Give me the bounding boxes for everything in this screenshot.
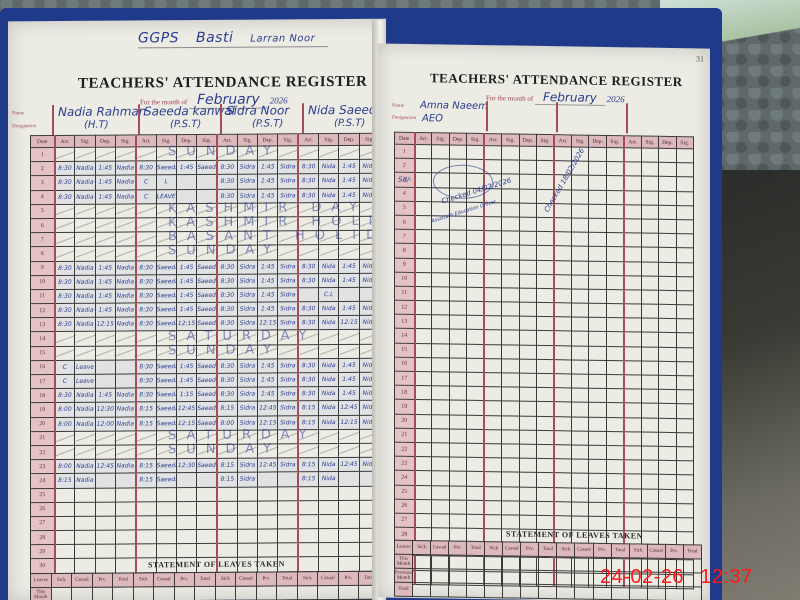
attendance-cell[interactable] xyxy=(432,428,449,442)
attendance-cell[interactable] xyxy=(467,216,484,230)
leaves-cell[interactable] xyxy=(133,587,154,600)
attendance-cell[interactable] xyxy=(554,473,571,487)
attendance-cell[interactable] xyxy=(217,487,237,501)
attendance-cell[interactable]: 8:30 xyxy=(298,160,318,174)
attendance-cell[interactable]: 1:45 xyxy=(258,359,278,373)
attendance-cell[interactable] xyxy=(659,404,676,418)
attendance-cell[interactable]: Sidra xyxy=(278,259,298,273)
leaves-cell[interactable] xyxy=(467,583,485,597)
attendance-cell[interactable] xyxy=(554,359,571,373)
attendance-cell[interactable] xyxy=(554,402,571,416)
attendance-cell[interactable]: Sidra xyxy=(278,273,298,287)
attendance-cell[interactable] xyxy=(95,147,115,161)
attendance-cell[interactable] xyxy=(554,317,571,331)
attendance-cell[interactable] xyxy=(55,147,75,161)
attendance-cell[interactable] xyxy=(624,275,641,289)
attendance-cell[interactable] xyxy=(589,317,606,331)
attendance-cell[interactable] xyxy=(571,516,588,530)
attendance-cell[interactable] xyxy=(641,474,658,488)
attendance-cell[interactable]: 12:15 xyxy=(339,415,359,429)
attendance-cell[interactable]: 8:30 xyxy=(55,176,75,190)
attendance-cell[interactable]: Nadia xyxy=(115,275,135,289)
attendance-cell[interactable]: 8:15 xyxy=(298,401,318,415)
attendance-cell[interactable] xyxy=(467,500,484,514)
attendance-cell[interactable] xyxy=(449,514,466,528)
attendance-cell[interactable] xyxy=(571,204,588,218)
attendance-cell[interactable] xyxy=(502,302,519,316)
attendance-cell[interactable] xyxy=(606,488,623,502)
attendance-cell[interactable] xyxy=(554,274,571,288)
attendance-cell[interactable] xyxy=(659,460,676,474)
attendance-cell[interactable] xyxy=(449,386,466,400)
attendance-cell[interactable]: Nadia xyxy=(75,474,95,488)
attendance-cell[interactable] xyxy=(339,287,359,301)
attendance-cell[interactable] xyxy=(95,246,115,260)
attendance-cell[interactable] xyxy=(136,331,156,345)
attendance-cell[interactable] xyxy=(502,359,519,373)
attendance-cell[interactable] xyxy=(641,403,658,417)
attendance-cell[interactable] xyxy=(115,204,135,218)
attendance-cell[interactable] xyxy=(467,301,484,315)
attendance-cell[interactable]: Nida xyxy=(319,358,339,372)
attendance-cell[interactable] xyxy=(624,247,641,261)
attendance-cell[interactable] xyxy=(415,329,432,343)
attendance-cell[interactable] xyxy=(449,244,466,258)
attendance-cell[interactable] xyxy=(319,514,339,528)
attendance-cell[interactable] xyxy=(484,486,501,500)
attendance-cell[interactable] xyxy=(537,246,554,260)
leaves-cell[interactable] xyxy=(195,586,216,600)
attendance-cell[interactable] xyxy=(589,204,606,218)
attendance-cell[interactable] xyxy=(432,230,449,244)
attendance-cell[interactable] xyxy=(319,245,339,259)
attendance-cell[interactable] xyxy=(624,290,641,304)
attendance-cell[interactable] xyxy=(115,360,135,374)
attendance-cell[interactable] xyxy=(75,346,95,360)
attendance-cell[interactable] xyxy=(75,147,95,161)
attendance-cell[interactable]: 1:45 xyxy=(176,359,196,373)
attendance-cell[interactable] xyxy=(554,445,571,459)
attendance-cell[interactable] xyxy=(298,344,318,358)
attendance-cell[interactable] xyxy=(571,459,588,473)
attendance-cell[interactable]: Nadia xyxy=(75,289,95,303)
attendance-cell[interactable] xyxy=(319,344,339,358)
attendance-cell[interactable]: Nadia xyxy=(75,303,95,317)
attendance-cell[interactable] xyxy=(258,529,278,543)
attendance-cell[interactable] xyxy=(606,374,623,388)
attendance-cell[interactable] xyxy=(624,148,641,162)
attendance-cell[interactable]: Nida xyxy=(319,401,339,415)
attendance-cell[interactable] xyxy=(484,146,501,160)
attendance-cell[interactable]: Saeeda xyxy=(156,459,176,473)
attendance-cell[interactable]: Nadia xyxy=(115,459,135,473)
attendance-cell[interactable] xyxy=(467,401,484,415)
attendance-cell[interactable]: Saeeda xyxy=(156,289,176,303)
attendance-cell[interactable]: 12:30 xyxy=(95,402,115,416)
attendance-cell[interactable] xyxy=(537,232,554,246)
attendance-cell[interactable]: Saeeda xyxy=(156,388,176,402)
attendance-cell[interactable] xyxy=(95,346,115,360)
attendance-cell[interactable] xyxy=(606,190,623,204)
attendance-cell[interactable]: C xyxy=(136,189,156,203)
attendance-cell[interactable] xyxy=(641,361,658,375)
attendance-cell[interactable] xyxy=(537,459,554,473)
attendance-cell[interactable] xyxy=(624,389,641,403)
leaves-cell[interactable] xyxy=(557,557,575,571)
leaves-cell[interactable] xyxy=(557,585,575,599)
leaves-cell[interactable] xyxy=(467,555,485,569)
attendance-cell[interactable] xyxy=(432,443,449,457)
attendance-cell[interactable] xyxy=(537,416,554,430)
attendance-cell[interactable] xyxy=(484,472,501,486)
attendance-cell[interactable]: C.L xyxy=(319,287,339,301)
attendance-cell[interactable] xyxy=(75,247,95,261)
attendance-cell[interactable] xyxy=(641,318,658,332)
attendance-cell[interactable] xyxy=(624,375,641,389)
attendance-cell[interactable]: Nadia xyxy=(75,261,95,275)
attendance-cell[interactable] xyxy=(258,486,278,500)
attendance-cell[interactable] xyxy=(571,232,588,246)
attendance-cell[interactable]: 1:45 xyxy=(95,261,115,275)
attendance-cell[interactable] xyxy=(554,516,571,530)
attendance-cell[interactable] xyxy=(55,502,75,516)
attendance-cell[interactable] xyxy=(502,259,519,273)
attendance-cell[interactable] xyxy=(554,289,571,303)
attendance-cell[interactable]: Nadia xyxy=(75,161,95,175)
attendance-cell[interactable]: Nadia xyxy=(75,459,95,473)
attendance-cell[interactable] xyxy=(589,445,606,459)
attendance-cell[interactable] xyxy=(298,146,318,160)
attendance-cell[interactable] xyxy=(278,529,298,543)
leaves-cell[interactable] xyxy=(431,555,449,569)
attendance-cell[interactable]: 1:45 xyxy=(95,303,115,317)
attendance-cell[interactable]: 1:45 xyxy=(95,190,115,204)
attendance-cell[interactable] xyxy=(519,189,536,203)
attendance-cell[interactable] xyxy=(676,333,693,347)
attendance-cell[interactable] xyxy=(659,361,676,375)
attendance-cell[interactable] xyxy=(624,162,641,176)
attendance-cell[interactable] xyxy=(467,358,484,372)
attendance-cell[interactable] xyxy=(519,316,536,330)
attendance-cell[interactable] xyxy=(484,401,501,415)
attendance-cell[interactable] xyxy=(537,402,554,416)
attendance-cell[interactable] xyxy=(624,432,641,446)
attendance-cell[interactable] xyxy=(606,502,623,516)
attendance-cell[interactable]: Nida xyxy=(319,316,339,330)
attendance-cell[interactable] xyxy=(484,316,501,330)
leaves-cell[interactable] xyxy=(575,585,593,599)
attendance-cell[interactable] xyxy=(659,205,676,219)
attendance-cell[interactable]: 8:30 xyxy=(298,259,318,273)
attendance-cell[interactable] xyxy=(156,530,176,544)
attendance-cell[interactable] xyxy=(278,486,298,500)
attendance-cell[interactable]: Nadia xyxy=(115,303,135,317)
attendance-cell[interactable] xyxy=(589,502,606,516)
attendance-cell[interactable] xyxy=(237,529,257,543)
attendance-cell[interactable] xyxy=(415,513,432,527)
attendance-cell[interactable] xyxy=(115,218,135,232)
attendance-cell[interactable] xyxy=(55,204,75,218)
attendance-cell[interactable] xyxy=(676,177,693,191)
attendance-cell[interactable] xyxy=(55,545,75,559)
attendance-cell[interactable] xyxy=(467,145,484,159)
attendance-cell[interactable] xyxy=(606,218,623,232)
attendance-cell[interactable] xyxy=(659,233,676,247)
attendance-cell[interactable] xyxy=(415,386,432,400)
attendance-cell[interactable] xyxy=(95,360,115,374)
attendance-cell[interactable] xyxy=(432,301,449,315)
leaves-cell[interactable] xyxy=(174,587,195,600)
attendance-cell[interactable] xyxy=(467,514,484,528)
attendance-cell[interactable] xyxy=(415,286,432,300)
attendance-cell[interactable]: 8:30 xyxy=(136,289,156,303)
attendance-cell[interactable] xyxy=(589,289,606,303)
attendance-cell[interactable] xyxy=(467,386,484,400)
attendance-cell[interactable]: 8:30 xyxy=(298,387,318,401)
leaves-cell[interactable] xyxy=(318,586,339,600)
attendance-cell[interactable] xyxy=(571,317,588,331)
attendance-cell[interactable] xyxy=(484,415,501,429)
attendance-cell[interactable] xyxy=(237,487,257,501)
attendance-cell[interactable] xyxy=(606,516,623,530)
attendance-cell[interactable]: 8:30 xyxy=(298,273,318,287)
attendance-cell[interactable] xyxy=(606,445,623,459)
attendance-cell[interactable] xyxy=(136,445,156,459)
attendance-cell[interactable]: 1:45 xyxy=(258,373,278,387)
attendance-cell[interactable]: Nadia xyxy=(115,289,135,303)
attendance-cell[interactable]: 1:45 xyxy=(339,174,359,188)
attendance-cell[interactable] xyxy=(449,486,466,500)
attendance-cell[interactable] xyxy=(624,190,641,204)
attendance-cell[interactable]: 8:30 xyxy=(136,317,156,331)
attendance-cell[interactable] xyxy=(55,218,75,232)
attendance-cell[interactable] xyxy=(432,244,449,258)
attendance-cell[interactable]: Sidra xyxy=(237,160,257,174)
attendance-cell[interactable] xyxy=(624,332,641,346)
attendance-cell[interactable] xyxy=(641,276,658,290)
attendance-cell[interactable]: 8:15 xyxy=(136,402,156,416)
attendance-cell[interactable] xyxy=(537,302,554,316)
attendance-cell[interactable] xyxy=(95,232,115,246)
attendance-cell[interactable] xyxy=(659,446,676,460)
attendance-cell[interactable] xyxy=(537,317,554,331)
attendance-cell[interactable] xyxy=(339,528,359,542)
attendance-cell[interactable] xyxy=(484,500,501,514)
attendance-cell[interactable] xyxy=(278,472,298,486)
attendance-cell[interactable]: 8:00 xyxy=(55,417,75,431)
attendance-cell[interactable] xyxy=(136,544,156,558)
attendance-cell[interactable] xyxy=(676,248,693,262)
attendance-cell[interactable] xyxy=(537,161,554,175)
attendance-cell[interactable]: 12:15 xyxy=(95,317,115,331)
attendance-cell[interactable] xyxy=(415,428,432,442)
leaves-cell[interactable] xyxy=(521,584,539,598)
leaves-cell[interactable] xyxy=(503,570,521,584)
attendance-cell[interactable]: Nadia xyxy=(115,416,135,430)
attendance-cell[interactable] xyxy=(449,457,466,471)
attendance-cell[interactable] xyxy=(519,288,536,302)
attendance-cell[interactable] xyxy=(197,544,217,558)
attendance-cell[interactable] xyxy=(589,360,606,374)
attendance-cell[interactable] xyxy=(676,390,693,404)
attendance-cell[interactable] xyxy=(449,500,466,514)
attendance-cell[interactable]: Saeeda xyxy=(197,302,217,316)
attendance-cell[interactable]: 8:00 xyxy=(55,403,75,417)
attendance-cell[interactable] xyxy=(537,217,554,231)
attendance-cell[interactable] xyxy=(502,231,519,245)
attendance-cell[interactable] xyxy=(641,205,658,219)
attendance-cell[interactable] xyxy=(554,345,571,359)
leaves-cell[interactable] xyxy=(154,587,175,600)
attendance-cell[interactable] xyxy=(449,329,466,343)
attendance-cell[interactable]: 1:45 xyxy=(339,387,359,401)
attendance-cell[interactable] xyxy=(676,262,693,276)
leaves-cell[interactable] xyxy=(277,586,298,600)
attendance-cell[interactable] xyxy=(571,303,588,317)
attendance-cell[interactable] xyxy=(432,258,449,272)
attendance-cell[interactable] xyxy=(589,261,606,275)
attendance-cell[interactable]: Nadia xyxy=(115,175,135,189)
attendance-cell[interactable] xyxy=(502,316,519,330)
attendance-cell[interactable] xyxy=(624,304,641,318)
attendance-cell[interactable] xyxy=(75,445,95,459)
attendance-cell[interactable] xyxy=(676,191,693,205)
attendance-cell[interactable] xyxy=(217,529,237,543)
attendance-cell[interactable]: 1:45 xyxy=(95,275,115,289)
attendance-cell[interactable]: Nida xyxy=(319,387,339,401)
attendance-cell[interactable] xyxy=(589,247,606,261)
leaves-cell[interactable] xyxy=(338,585,359,599)
attendance-cell[interactable] xyxy=(339,429,359,443)
attendance-cell[interactable] xyxy=(75,502,95,516)
attendance-cell[interactable] xyxy=(55,559,75,573)
attendance-cell[interactable] xyxy=(432,287,449,301)
attendance-cell[interactable]: C xyxy=(55,374,75,388)
attendance-cell[interactable] xyxy=(641,191,658,205)
attendance-cell[interactable] xyxy=(519,444,536,458)
attendance-cell[interactable] xyxy=(176,473,196,487)
attendance-cell[interactable] xyxy=(624,460,641,474)
attendance-cell[interactable] xyxy=(537,487,554,501)
attendance-cell[interactable] xyxy=(659,347,676,361)
attendance-cell[interactable] xyxy=(449,145,466,159)
attendance-cell[interactable] xyxy=(484,344,501,358)
attendance-cell[interactable] xyxy=(75,488,95,502)
attendance-cell[interactable] xyxy=(75,332,95,346)
attendance-cell[interactable] xyxy=(449,259,466,273)
attendance-cell[interactable] xyxy=(467,287,484,301)
attendance-cell[interactable] xyxy=(502,344,519,358)
attendance-cell[interactable] xyxy=(589,303,606,317)
attendance-cell[interactable]: Saeeda xyxy=(156,274,176,288)
attendance-cell[interactable] xyxy=(519,302,536,316)
attendance-cell[interactable] xyxy=(554,416,571,430)
attendance-cell[interactable] xyxy=(449,372,466,386)
attendance-cell[interactable] xyxy=(95,431,115,445)
attendance-cell[interactable] xyxy=(606,162,623,176)
attendance-cell[interactable] xyxy=(502,444,519,458)
attendance-cell[interactable]: 12:45 xyxy=(339,401,359,415)
attendance-cell[interactable] xyxy=(641,233,658,247)
attendance-cell[interactable] xyxy=(467,273,484,287)
attendance-cell[interactable] xyxy=(519,146,536,160)
attendance-cell[interactable] xyxy=(571,487,588,501)
attendance-cell[interactable] xyxy=(571,346,588,360)
leaves-cell[interactable] xyxy=(92,587,113,600)
attendance-cell[interactable]: 1:45 xyxy=(176,260,196,274)
attendance-cell[interactable] xyxy=(467,429,484,443)
attendance-cell[interactable]: Nadia xyxy=(115,388,135,402)
attendance-cell[interactable]: Saeeda xyxy=(156,359,176,373)
attendance-cell[interactable] xyxy=(75,218,95,232)
attendance-cell[interactable] xyxy=(136,345,156,359)
attendance-cell[interactable] xyxy=(339,344,359,358)
attendance-cell[interactable]: Nadia xyxy=(115,189,135,203)
attendance-cell[interactable] xyxy=(537,260,554,274)
leaves-cell[interactable] xyxy=(413,554,431,568)
attendance-cell[interactable]: Nadia xyxy=(75,190,95,204)
attendance-cell[interactable] xyxy=(136,218,156,232)
attendance-cell[interactable] xyxy=(589,516,606,530)
attendance-cell[interactable]: Saeeda xyxy=(156,303,176,317)
attendance-cell[interactable]: 8:30 xyxy=(217,373,237,387)
attendance-cell[interactable] xyxy=(676,404,693,418)
attendance-cell[interactable] xyxy=(298,486,318,500)
attendance-cell[interactable] xyxy=(319,557,339,571)
attendance-cell[interactable] xyxy=(641,489,658,503)
attendance-cell[interactable] xyxy=(571,445,588,459)
attendance-cell[interactable] xyxy=(641,517,658,531)
attendance-cell[interactable] xyxy=(519,401,536,415)
attendance-cell[interactable] xyxy=(278,500,298,514)
attendance-cell[interactable] xyxy=(571,275,588,289)
attendance-cell[interactable]: Nida xyxy=(319,472,339,486)
attendance-cell[interactable]: Sidra xyxy=(237,174,257,188)
attendance-cell[interactable] xyxy=(624,233,641,247)
attendance-cell[interactable] xyxy=(415,414,432,428)
attendance-cell[interactable]: Sidra xyxy=(237,458,257,472)
attendance-cell[interactable]: 1:45 xyxy=(258,387,278,401)
attendance-cell[interactable]: 8:30 xyxy=(55,289,75,303)
attendance-cell[interactable] xyxy=(502,486,519,500)
attendance-cell[interactable] xyxy=(641,247,658,261)
leaves-cell[interactable] xyxy=(485,584,503,598)
attendance-cell[interactable] xyxy=(467,259,484,273)
attendance-cell[interactable] xyxy=(676,503,693,517)
attendance-cell[interactable] xyxy=(519,174,536,188)
attendance-cell[interactable]: Nadia xyxy=(75,388,95,402)
attendance-cell[interactable]: Sidra xyxy=(237,359,257,373)
attendance-cell[interactable] xyxy=(624,318,641,332)
attendance-cell[interactable]: Sidra xyxy=(237,373,257,387)
attendance-cell[interactable]: Nida xyxy=(319,174,339,188)
attendance-cell[interactable]: 8:30 xyxy=(136,360,156,374)
attendance-cell[interactable]: 8:15 xyxy=(136,473,156,487)
attendance-cell[interactable] xyxy=(571,360,588,374)
attendance-cell[interactable] xyxy=(676,149,693,163)
attendance-cell[interactable]: 1:15 xyxy=(176,388,196,402)
attendance-cell[interactable] xyxy=(589,161,606,175)
attendance-cell[interactable] xyxy=(75,232,95,246)
attendance-cell[interactable]: C xyxy=(55,360,75,374)
attendance-cell[interactable] xyxy=(641,375,658,389)
attendance-cell[interactable] xyxy=(467,486,484,500)
attendance-cell[interactable]: 12:00 xyxy=(95,417,115,431)
attendance-cell[interactable] xyxy=(319,500,339,514)
attendance-cell[interactable] xyxy=(432,343,449,357)
attendance-cell[interactable] xyxy=(449,315,466,329)
attendance-cell[interactable] xyxy=(571,189,588,203)
